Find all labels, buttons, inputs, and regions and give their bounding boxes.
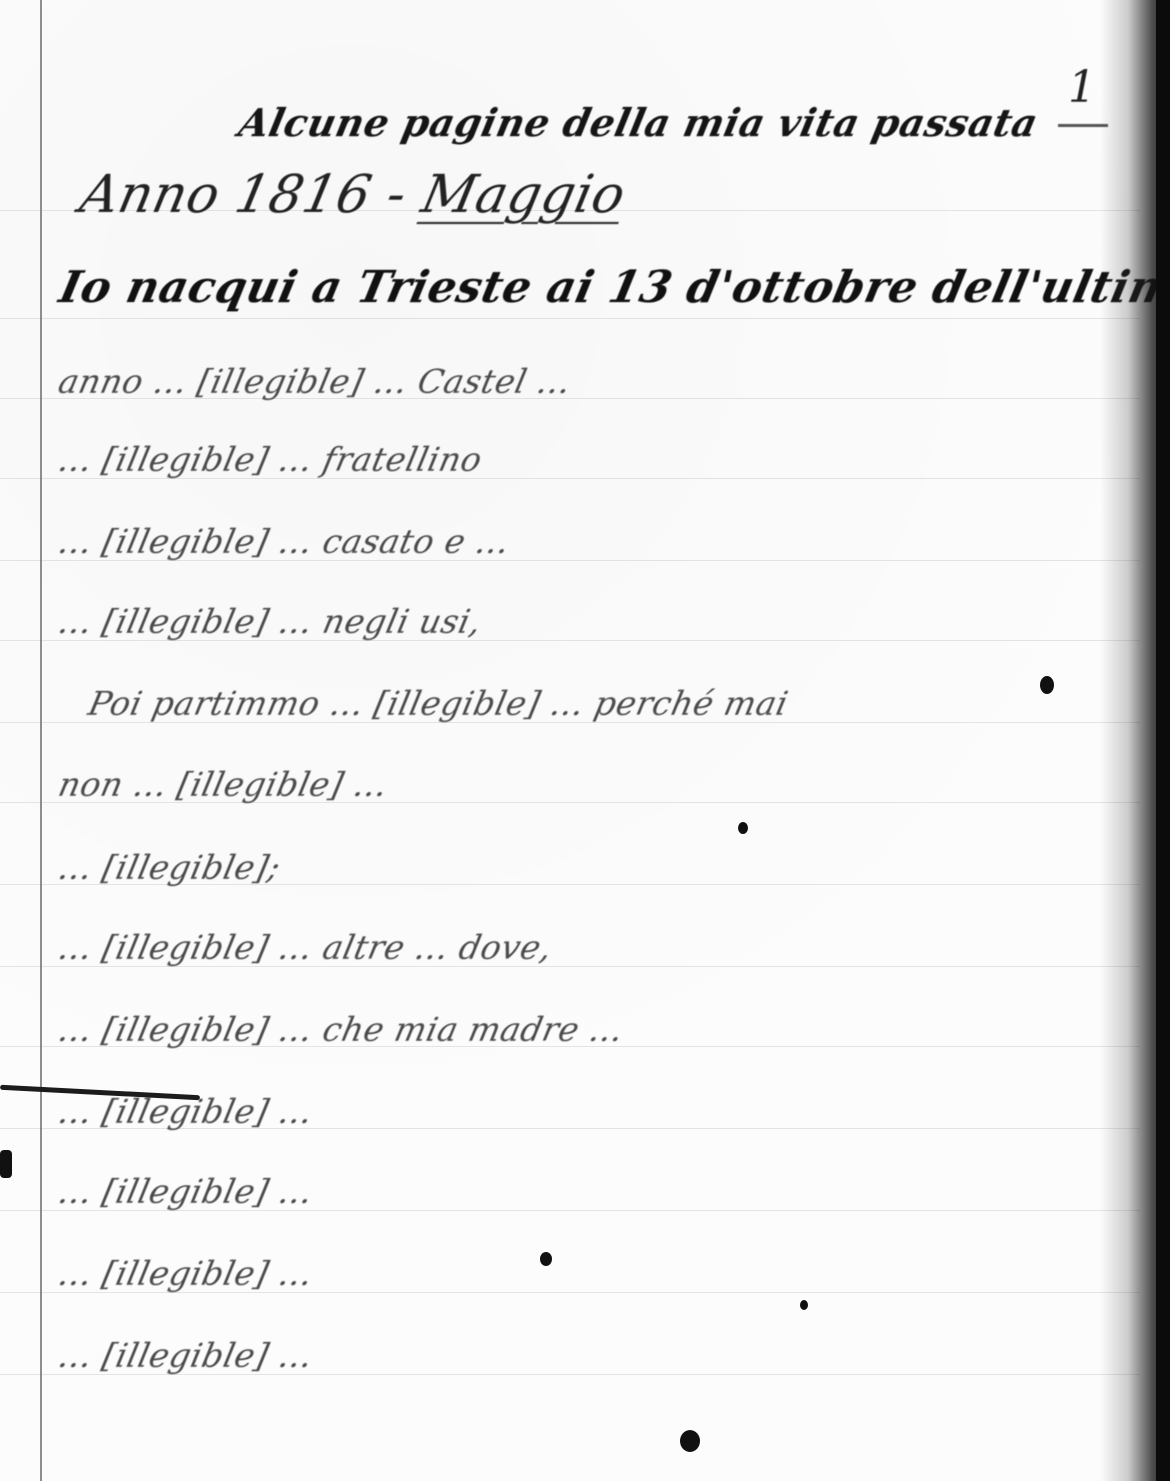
date-line: Anno 1816 - Maggio bbox=[75, 165, 631, 225]
text-line: ... [illegible] ... bbox=[55, 1254, 317, 1293]
ink-blot bbox=[1040, 676, 1054, 694]
page-heading: Alcune pagine della mia vita passata bbox=[235, 100, 1042, 145]
text-line: Io nacqui a Trieste ai 13 d'ottobre dell… bbox=[55, 262, 1170, 313]
year-label: Anno 1816 - bbox=[75, 165, 412, 225]
text-line: ... [illegible] ... fratellino bbox=[55, 440, 486, 479]
ink-blot bbox=[800, 1300, 808, 1310]
text-line: non ... [illegible] ... bbox=[55, 765, 391, 804]
text-line: ... [illegible] ... negli usi, bbox=[55, 602, 485, 641]
text-line: ... [illegible] ... bbox=[55, 1336, 317, 1375]
ink-blot bbox=[540, 1252, 552, 1266]
ink-blot bbox=[0, 1150, 12, 1178]
ruled-line bbox=[0, 318, 1140, 319]
text-line: ... [illegible] ... bbox=[55, 1172, 317, 1211]
damaged-page-edge bbox=[1100, 0, 1170, 1481]
text-line: anno ... [illegible] ... Castel ... bbox=[55, 362, 575, 401]
text-line: Poi partimmo ... [illegible] ... perché … bbox=[85, 684, 792, 723]
page-number: 1 bbox=[1068, 62, 1096, 113]
ink-blot bbox=[738, 822, 748, 834]
manuscript-page: 1 Alcune pagine della mia vita passata A… bbox=[0, 0, 1170, 1481]
month-label: Maggio bbox=[416, 165, 631, 225]
text-line: ... [illegible]; bbox=[55, 848, 284, 887]
text-line: ... [illegible] ... casato e ... bbox=[55, 522, 513, 561]
margin-line bbox=[40, 0, 42, 1481]
text-line: ... [illegible] ... altre ... dove, bbox=[55, 928, 556, 967]
text-line: ... [illegible] ... che mia madre ... bbox=[55, 1010, 627, 1049]
ink-blot bbox=[680, 1430, 700, 1452]
